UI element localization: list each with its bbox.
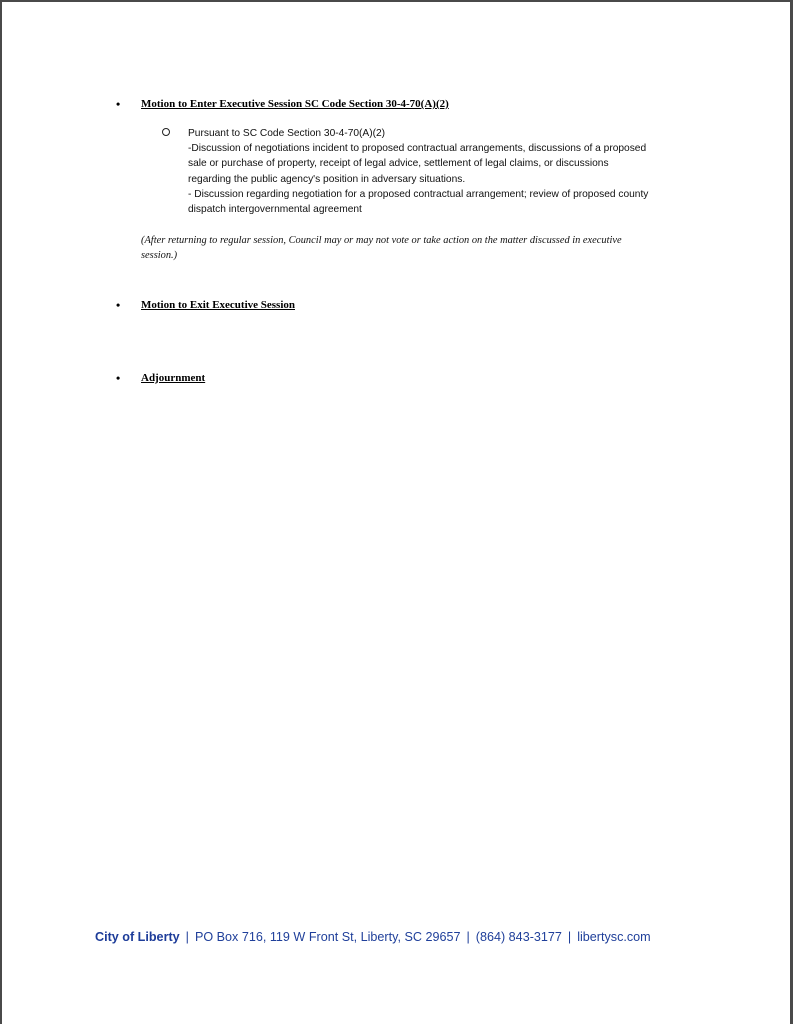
note-line: session.) — [141, 249, 711, 264]
footer-website: libertysc.com — [577, 930, 650, 944]
session-note: (After returning to regular session, Cou… — [141, 234, 711, 263]
agenda-item-label: Motion to Enter Executive Session SC Cod… — [141, 97, 449, 111]
hollow-bullet-icon — [162, 128, 170, 136]
agenda-item-label: Adjournment — [141, 371, 205, 385]
document-page: • Motion to Enter Executive Session SC C… — [0, 0, 793, 1024]
note-line: (After returning to regular session, Cou… — [141, 234, 711, 249]
footer-phone: (864) 843-3177 — [476, 930, 562, 944]
footer-address: PO Box 716, 119 W Front St, Liberty, SC … — [195, 930, 461, 944]
footer-organization: City of Liberty — [95, 930, 180, 944]
agenda-item-label: Motion to Exit Executive Session — [141, 298, 295, 312]
bullet-icon: • — [116, 298, 130, 312]
bullet-icon: • — [116, 371, 130, 385]
detail-line: sale or purchase of property, receipt of… — [188, 156, 718, 171]
page-footer: City of Liberty|PO Box 716, 119 W Front … — [95, 930, 651, 944]
footer-separator: | — [467, 930, 470, 944]
detail-line: dispatch intergovernmental agreement — [188, 202, 718, 217]
detail-line: Pursuant to SC Code Section 30-4-70(A)(2… — [188, 126, 718, 141]
detail-line: regarding the public agency's position i… — [188, 172, 718, 187]
footer-separator: | — [568, 930, 571, 944]
detail-line: -Discussion of negotiations incident to … — [188, 141, 718, 156]
bullet-icon: • — [116, 97, 130, 111]
detail-line: - Discussion regarding negotiation for a… — [188, 187, 718, 202]
footer-separator: | — [186, 930, 189, 944]
